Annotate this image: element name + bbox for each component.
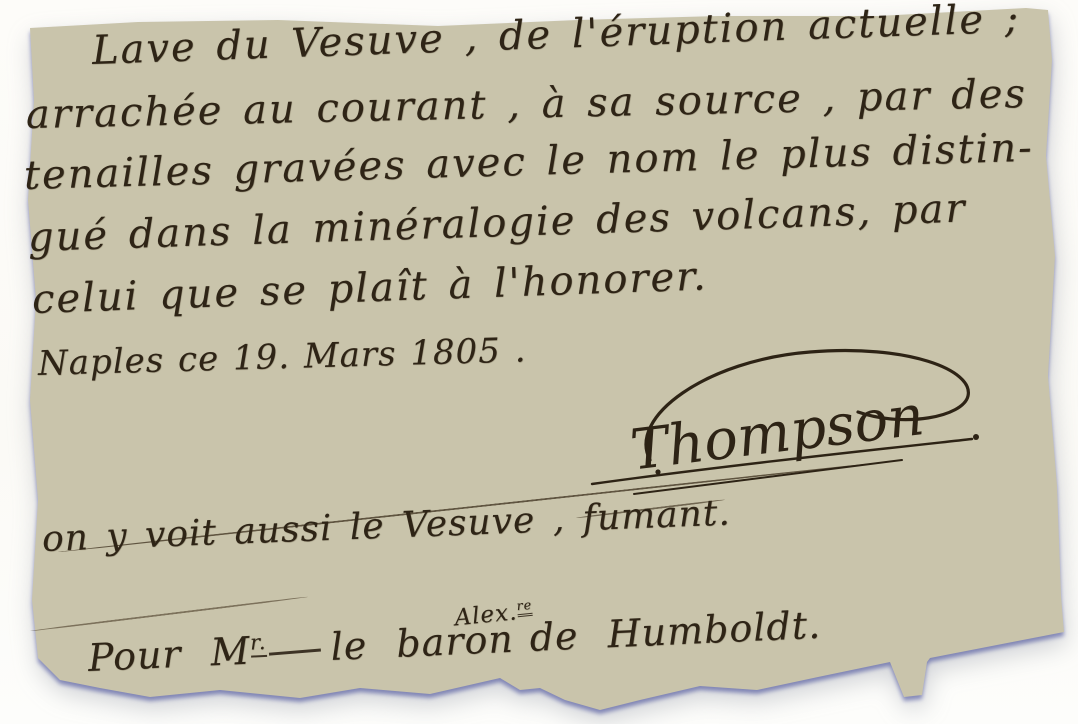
signature-name: Thompson xyxy=(627,383,927,483)
insertion-sup-re: re xyxy=(516,597,533,617)
signature-flourish-svg: Thompson xyxy=(572,332,1012,522)
pour-label: Pour M xyxy=(87,629,251,680)
flourish-dash xyxy=(269,649,321,656)
superscript-r: r. xyxy=(249,630,267,658)
signature-block: Thompson xyxy=(572,332,1012,522)
manuscript-photo: Lave du Vesuve , de l'éruption actuelle … xyxy=(0,0,1078,724)
signature-period xyxy=(973,434,979,440)
